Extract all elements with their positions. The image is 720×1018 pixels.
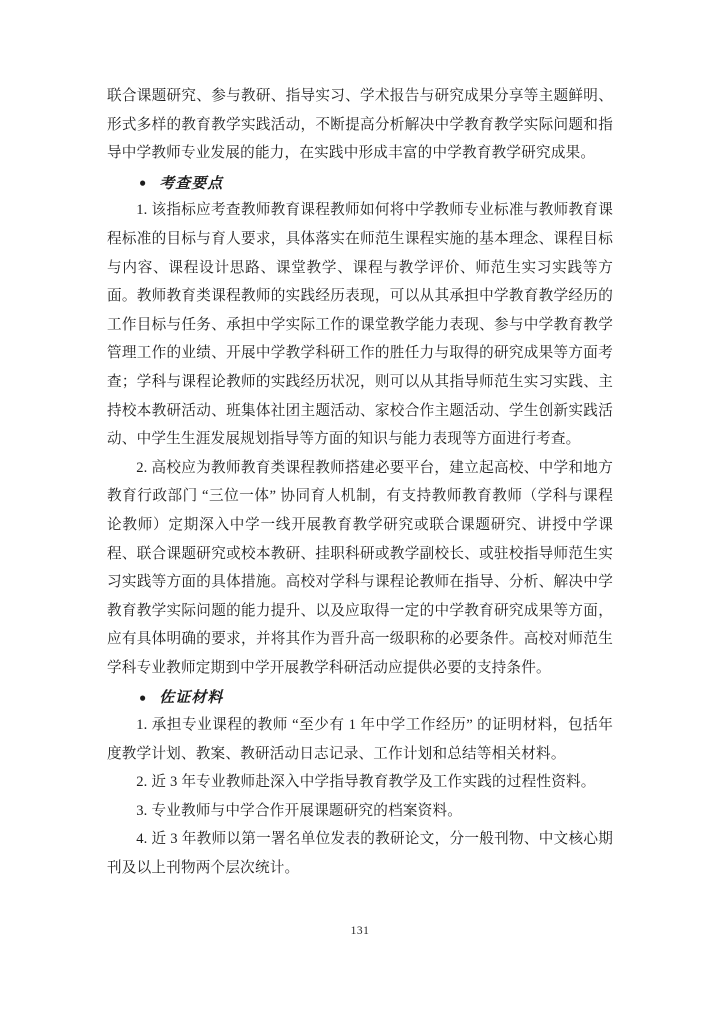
section-heading-label: 佐证材料 — [159, 686, 223, 707]
page-number: 131 — [0, 925, 720, 937]
supporting-materials-item-3: 3. 专业教师与中学合作开展课题研究的档案资料。 — [107, 797, 613, 826]
bullet-icon: ● — [139, 691, 146, 703]
examination-points-paragraph-1: 1. 该指标应考查教师教育课程教师如何将中学教师专业标准与教师教育课程标准的目标… — [107, 196, 613, 453]
examination-points-paragraph-2: 2. 高校应为教师教育类课程教师搭建必要平台，建立起高校、中学和地方教育行政部门… — [107, 454, 613, 683]
supporting-materials-item-1: 1. 承担专业课程的教师 “至少有 1 年中学工作经历” 的证明材料，包括年度教… — [107, 711, 613, 768]
intro-paragraph: 联合课题研究、参与教研、指导实习、学术报告与研究成果分享等主题鲜明、形式多样的教… — [107, 82, 613, 168]
section-heading-label: 考查要点 — [159, 172, 223, 193]
section-heading-supporting-materials: ● 佐证材料 — [107, 682, 613, 711]
section-heading-examination-points: ● 考查要点 — [107, 168, 613, 197]
supporting-materials-item-4: 4. 近 3 年教师以第一署名单位发表的教研论文，分一般刊物、中文核心期刊及以上… — [107, 825, 613, 882]
document-page-body: 联合课题研究、参与教研、指导实习、学术报告与研究成果分享等主题鲜明、形式多样的教… — [107, 82, 613, 883]
supporting-materials-item-2: 2. 近 3 年专业教师赴深入中学指导教育教学及工作实践的过程性资料。 — [107, 768, 613, 797]
bullet-icon: ● — [139, 177, 146, 189]
